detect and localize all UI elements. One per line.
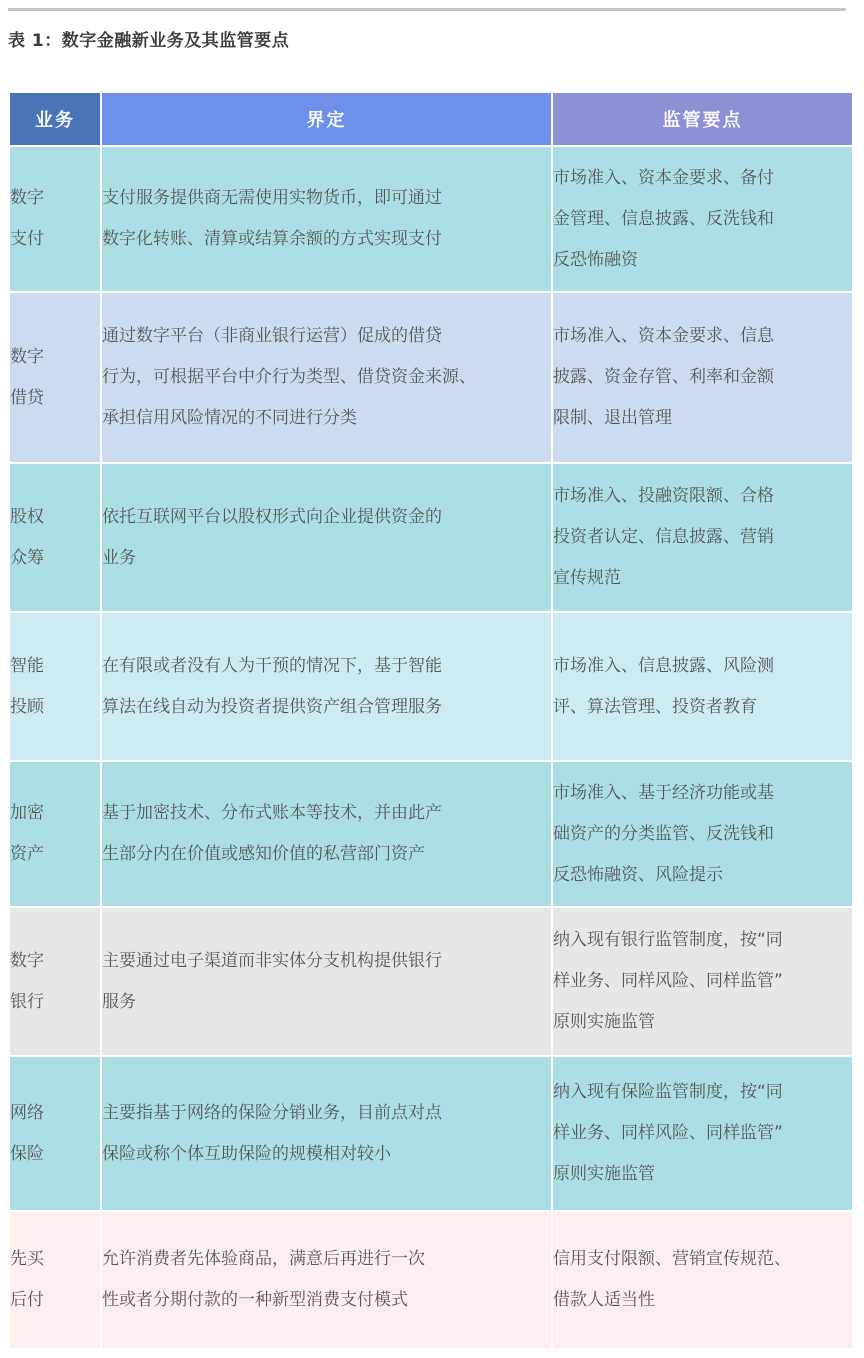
cell-business: 加密 资产 (9, 761, 101, 907)
points-line: 础资产的分类监管、反洗钱和 (553, 814, 852, 855)
cell-business: 数字 银行 (9, 907, 101, 1056)
points-line: 市场准入、基于经济功能或基 (553, 773, 852, 814)
points-line: 信用支付限额、营销宣传规范、 (553, 1239, 852, 1280)
table-row-equity-crowdfunding: 股权 众筹 依托互联网平台以股权形式向企业提供资金的 业务 市场准入、投融资限额… (9, 463, 853, 612)
table-row-robo-advisor: 智能 投顾 在有限或者没有人为干预的情况下，基于智能 算法在线自动为投资者提供资… (9, 612, 853, 761)
definition-line: 性或者分期付款的一种新型消费支付模式 (102, 1280, 551, 1321)
cell-business: 数字 借贷 (9, 292, 101, 463)
business-line: 数字 (10, 941, 100, 982)
cell-business: 先买 后付 (9, 1211, 101, 1349)
points-line: 评、算法管理、投资者教育 (553, 687, 852, 728)
business-line: 数字 (10, 337, 100, 378)
cell-regulatory-points: 纳入现有保险监管制度，按“同 样业务、同样风险、同样监管” 原则实施监管 (552, 1056, 853, 1211)
cell-regulatory-points: 纳入现有银行监管制度，按“同 样业务、同样风险、同样监管” 原则实施监管 (552, 907, 853, 1056)
points-line: 借款人适当性 (553, 1280, 852, 1321)
business-line: 支付 (10, 219, 100, 260)
business-line: 加密 (10, 793, 100, 834)
cell-regulatory-points: 市场准入、投融资限额、合格 投资者认定、信息披露、营销 宣传规范 (552, 463, 853, 612)
business-line: 智能 (10, 646, 100, 687)
points-line: 纳入现有保险监管制度，按“同 (553, 1072, 852, 1113)
points-line: 投资者认定、信息披露、营销 (553, 517, 852, 558)
points-line: 市场准入、投融资限额、合格 (553, 476, 852, 517)
business-line: 股权 (10, 497, 100, 538)
points-line: 市场准入、资本金要求、备付 (553, 158, 852, 199)
definition-line: 通过数字平台（非商业银行运营）促成的借贷 (102, 316, 551, 357)
cell-business: 数字 支付 (9, 146, 101, 292)
cell-business: 网络 保险 (9, 1056, 101, 1211)
cell-regulatory-points: 市场准入、信息披露、风险测 评、算法管理、投资者教育 (552, 612, 853, 761)
cell-definition: 在有限或者没有人为干预的情况下，基于智能 算法在线自动为投资者提供资产组合管理服… (101, 612, 552, 761)
business-line: 先买 (10, 1239, 100, 1280)
table-header-row: 业务 界定 监管要点 (9, 92, 853, 146)
business-line: 众筹 (10, 538, 100, 579)
cell-regulatory-points: 信用支付限额、营销宣传规范、 借款人适当性 (552, 1211, 853, 1349)
cell-definition: 主要指基于网络的保险分销业务，目前点对点 保险或称个体互助保险的规模相对较小 (101, 1056, 552, 1211)
cell-definition: 通过数字平台（非商业银行运营）促成的借贷 行为，可根据平台中介行为类型、借贷资金… (101, 292, 552, 463)
table-row-digital-lending: 数字 借贷 通过数字平台（非商业银行运营）促成的借贷 行为，可根据平台中介行为类… (9, 292, 853, 463)
definition-line: 服务 (102, 982, 551, 1023)
cell-regulatory-points: 市场准入、资本金要求、信息 披露、资金存管、利率和金额 限制、退出管理 (552, 292, 853, 463)
regulation-table: 业务 界定 监管要点 数字 支付 支付服务提供商无需使用实物货币，即可通过 数字… (8, 91, 854, 1350)
table-row-digital-payment: 数字 支付 支付服务提供商无需使用实物货币，即可通过 数字化转账、清算或结算余额… (9, 146, 853, 292)
points-line: 反恐怖融资 (553, 240, 852, 281)
points-line: 反恐怖融资、风险提示 (553, 855, 852, 896)
header-business: 业务 (9, 92, 101, 146)
cell-regulatory-points: 市场准入、资本金要求、备付 金管理、信息披露、反洗钱和 反恐怖融资 (552, 146, 853, 292)
points-line: 样业务、同样风险、同样监管” (553, 961, 852, 1002)
points-line: 金管理、信息披露、反洗钱和 (553, 199, 852, 240)
definition-line: 在有限或者没有人为干预的情况下，基于智能 (102, 646, 551, 687)
cell-definition: 主要通过电子渠道而非实体分支机构提供银行 服务 (101, 907, 552, 1056)
business-line: 后付 (10, 1280, 100, 1321)
business-line: 保险 (10, 1134, 100, 1175)
definition-line: 允许消费者先体验商品，满意后再进行一次 (102, 1239, 551, 1280)
points-line: 纳入现有银行监管制度，按“同 (553, 920, 852, 961)
table-row-online-insurance: 网络 保险 主要指基于网络的保险分销业务，目前点对点 保险或称个体互助保险的规模… (9, 1056, 853, 1211)
cell-definition: 依托互联网平台以股权形式向企业提供资金的 业务 (101, 463, 552, 612)
definition-line: 算法在线自动为投资者提供资产组合管理服务 (102, 687, 551, 728)
definition-line: 业务 (102, 538, 551, 579)
business-line: 借贷 (10, 378, 100, 419)
header-definition: 界定 (101, 92, 552, 146)
cell-business: 股权 众筹 (9, 463, 101, 612)
cell-definition: 允许消费者先体验商品，满意后再进行一次 性或者分期付款的一种新型消费支付模式 (101, 1211, 552, 1349)
points-line: 样业务、同样风险、同样监管” (553, 1113, 852, 1154)
points-line: 市场准入、资本金要求、信息 (553, 316, 852, 357)
definition-line: 承担信用风险情况的不同进行分类 (102, 398, 551, 439)
cell-regulatory-points: 市场准入、基于经济功能或基 础资产的分类监管、反洗钱和 反恐怖融资、风险提示 (552, 761, 853, 907)
definition-line: 生部分内在价值或感知价值的私营部门资产 (102, 834, 551, 875)
business-line: 网络 (10, 1093, 100, 1134)
cell-business: 智能 投顾 (9, 612, 101, 761)
definition-line: 基于加密技术、分布式账本等技术，并由此产 (102, 793, 551, 834)
definition-line: 行为，可根据平台中介行为类型、借贷资金来源、 (102, 357, 551, 398)
definition-line: 主要通过电子渠道而非实体分支机构提供银行 (102, 941, 551, 982)
business-line: 银行 (10, 982, 100, 1023)
table-row-crypto-assets: 加密 资产 基于加密技术、分布式账本等技术，并由此产 生部分内在价值或感知价值的… (9, 761, 853, 907)
points-line: 披露、资金存管、利率和金额 (553, 357, 852, 398)
business-line: 资产 (10, 834, 100, 875)
points-line: 原则实施监管 (553, 1154, 852, 1195)
definition-line: 保险或称个体互助保险的规模相对较小 (102, 1134, 551, 1175)
business-line: 数字 (10, 178, 100, 219)
points-line: 宣传规范 (553, 558, 852, 599)
business-line: 投顾 (10, 687, 100, 728)
cell-definition: 支付服务提供商无需使用实物货币，即可通过 数字化转账、清算或结算余额的方式实现支… (101, 146, 552, 292)
top-divider (8, 8, 846, 11)
points-line: 限制、退出管理 (553, 398, 852, 439)
header-regulatory-points: 监管要点 (552, 92, 853, 146)
cell-definition: 基于加密技术、分布式账本等技术，并由此产 生部分内在价值或感知价值的私营部门资产 (101, 761, 552, 907)
points-line: 原则实施监管 (553, 1002, 852, 1043)
definition-line: 主要指基于网络的保险分销业务，目前点对点 (102, 1093, 551, 1134)
definition-line: 数字化转账、清算或结算余额的方式实现支付 (102, 219, 551, 260)
table-row-digital-bank: 数字 银行 主要通过电子渠道而非实体分支机构提供银行 服务 纳入现有银行监管制度… (9, 907, 853, 1056)
definition-line: 支付服务提供商无需使用实物货币，即可通过 (102, 178, 551, 219)
definition-line: 依托互联网平台以股权形式向企业提供资金的 (102, 497, 551, 538)
table-row-buy-now-pay-later: 先买 后付 允许消费者先体验商品，满意后再进行一次 性或者分期付款的一种新型消费… (9, 1211, 853, 1349)
points-line: 市场准入、信息披露、风险测 (553, 646, 852, 687)
table-caption: 表 1：数字金融新业务及其监管要点 (8, 26, 289, 51)
